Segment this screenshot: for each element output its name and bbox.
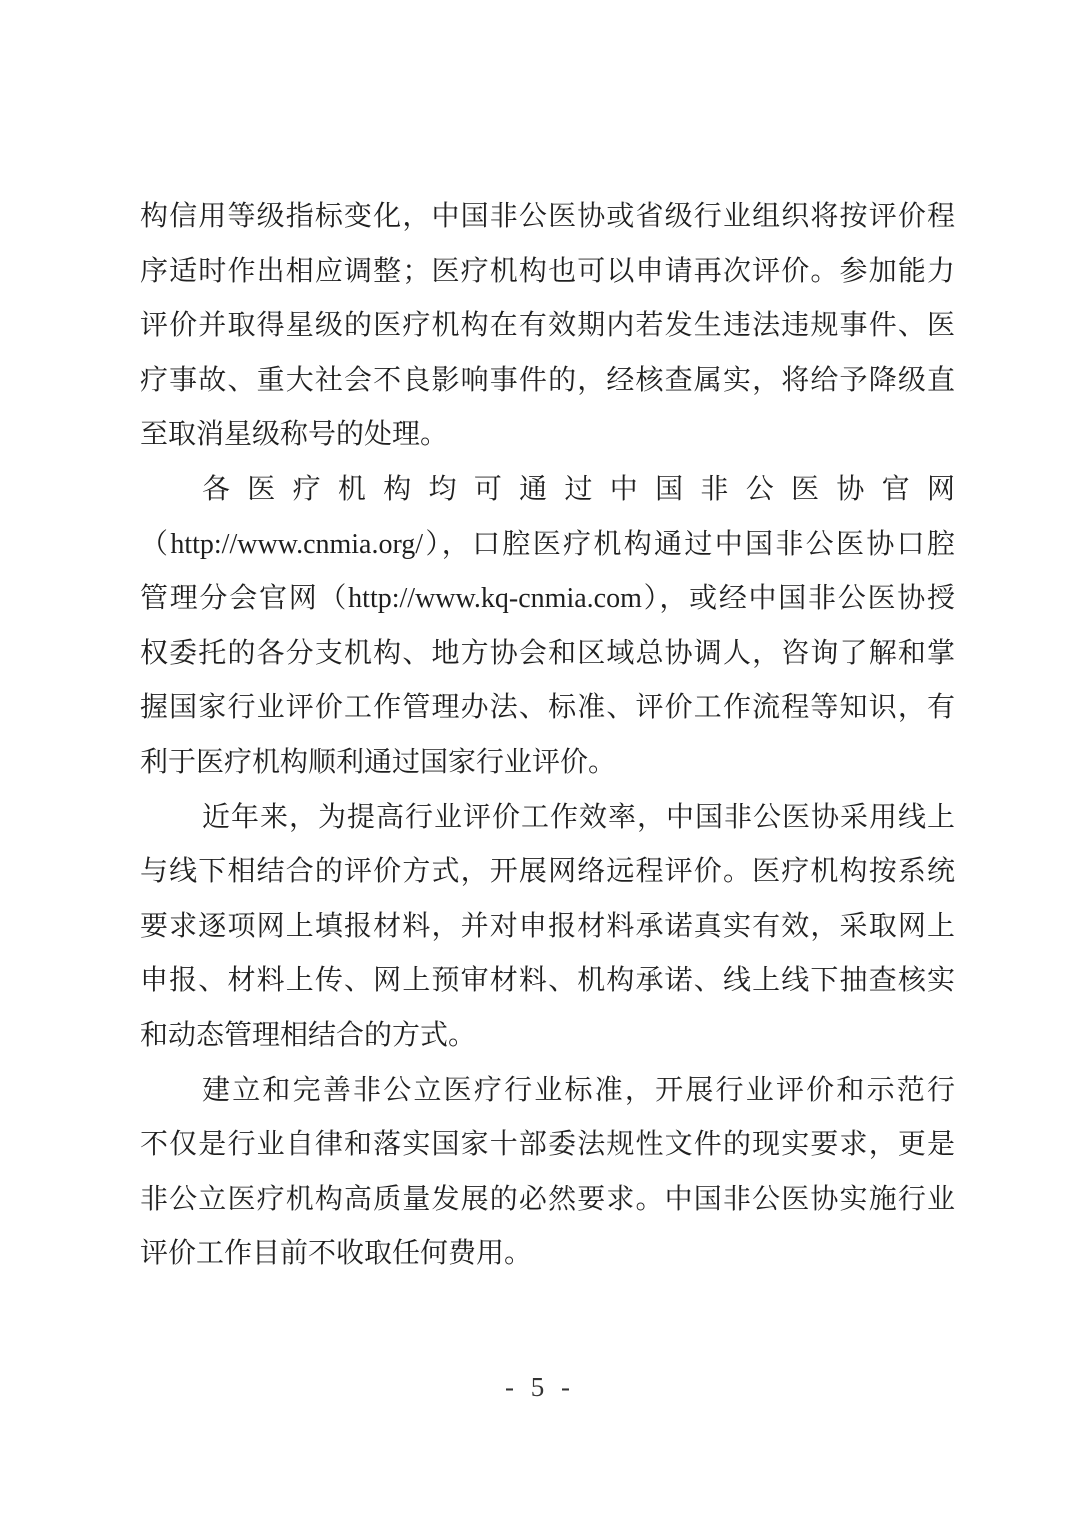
document-page: 构信用等级指标变化，中国非公医协或省级行业组织将按评价程 序适时作出相应调整；医… xyxy=(0,0,1080,1527)
paragraph-line: 管理分会官网（http://www.kq-cnmia.com），或经中国非公医协… xyxy=(140,572,955,627)
paragraph-line: 不仅是行业自律和落实国家十部委法规性文件的现实要求，更是 xyxy=(140,1118,955,1173)
paragraph-line: （http://www.cnmia.org/），口腔医疗机构通过中国非公医协口腔 xyxy=(140,518,955,573)
paragraph: 构信用等级指标变化，中国非公医协或省级行业组织将按评价程 序适时作出相应调整；医… xyxy=(140,190,955,463)
paragraph-line: 构信用等级指标变化，中国非公医协或省级行业组织将按评价程 xyxy=(140,190,955,245)
paragraph-line: 和动态管理相结合的方式。 xyxy=(140,1009,955,1064)
body-text: 构信用等级指标变化，中国非公医协或省级行业组织将按评价程 序适时作出相应调整；医… xyxy=(140,190,955,1282)
paragraph-line: 权委托的各分支机构、地方协会和区域总协调人，咨询了解和掌 xyxy=(140,627,955,682)
paragraph-line: 申报、材料上传、网上预审材料、机构承诺、线上线下抽查核实 xyxy=(140,954,955,1009)
paragraph-line: 利于医疗机构顺利通过国家行业评价。 xyxy=(140,736,955,791)
paragraph-line: 要求逐项网上填报材料，并对申报材料承诺真实有效，采取网上 xyxy=(140,900,955,955)
paragraph-line: 评价工作目前不收取任何费用。 xyxy=(140,1227,955,1282)
paragraph-line: 握国家行业评价工作管理办法、标准、评价工作流程等知识，有 xyxy=(140,681,955,736)
paragraph-line: 序适时作出相应调整；医疗机构也可以申请再次评价。参加能力 xyxy=(140,245,955,300)
paragraph-line: 评价并取得星级的医疗机构在有效期内若发生违法违规事件、医 xyxy=(140,299,955,354)
paragraph-line: 非公立医疗机构高质量发展的必然要求。中国非公医协实施行业 xyxy=(140,1173,955,1228)
paragraph: 建立和完善非公立医疗行业标准，开展行业评价和示范行动， 不仅是行业自律和落实国家… xyxy=(140,1064,955,1282)
paragraph-line: 各 医 疗 机 构 均 可 通 过 中 国 非 公 医 协 官 网 xyxy=(140,463,955,518)
paragraph-line: 建立和完善非公立医疗行业标准，开展行业评价和示范行动， xyxy=(140,1064,955,1119)
paragraph: 近年来，为提高行业评价工作效率，中国非公医协采用线上 与线下相结合的评价方式，开… xyxy=(140,791,955,1064)
page-number: - 5 - xyxy=(0,1372,1080,1403)
paragraph-line: 近年来，为提高行业评价工作效率，中国非公医协采用线上 xyxy=(140,791,955,846)
paragraph-line: 与线下相结合的评价方式，开展网络远程评价。医疗机构按系统 xyxy=(140,845,955,900)
paragraph-line: 疗事故、重大社会不良影响事件的，经核查属实，将给予降级直 xyxy=(140,354,955,409)
paragraph: 各 医 疗 机 构 均 可 通 过 中 国 非 公 医 协 官 网 （http:… xyxy=(140,463,955,791)
paragraph-line: 至取消星级称号的处理。 xyxy=(140,408,955,463)
